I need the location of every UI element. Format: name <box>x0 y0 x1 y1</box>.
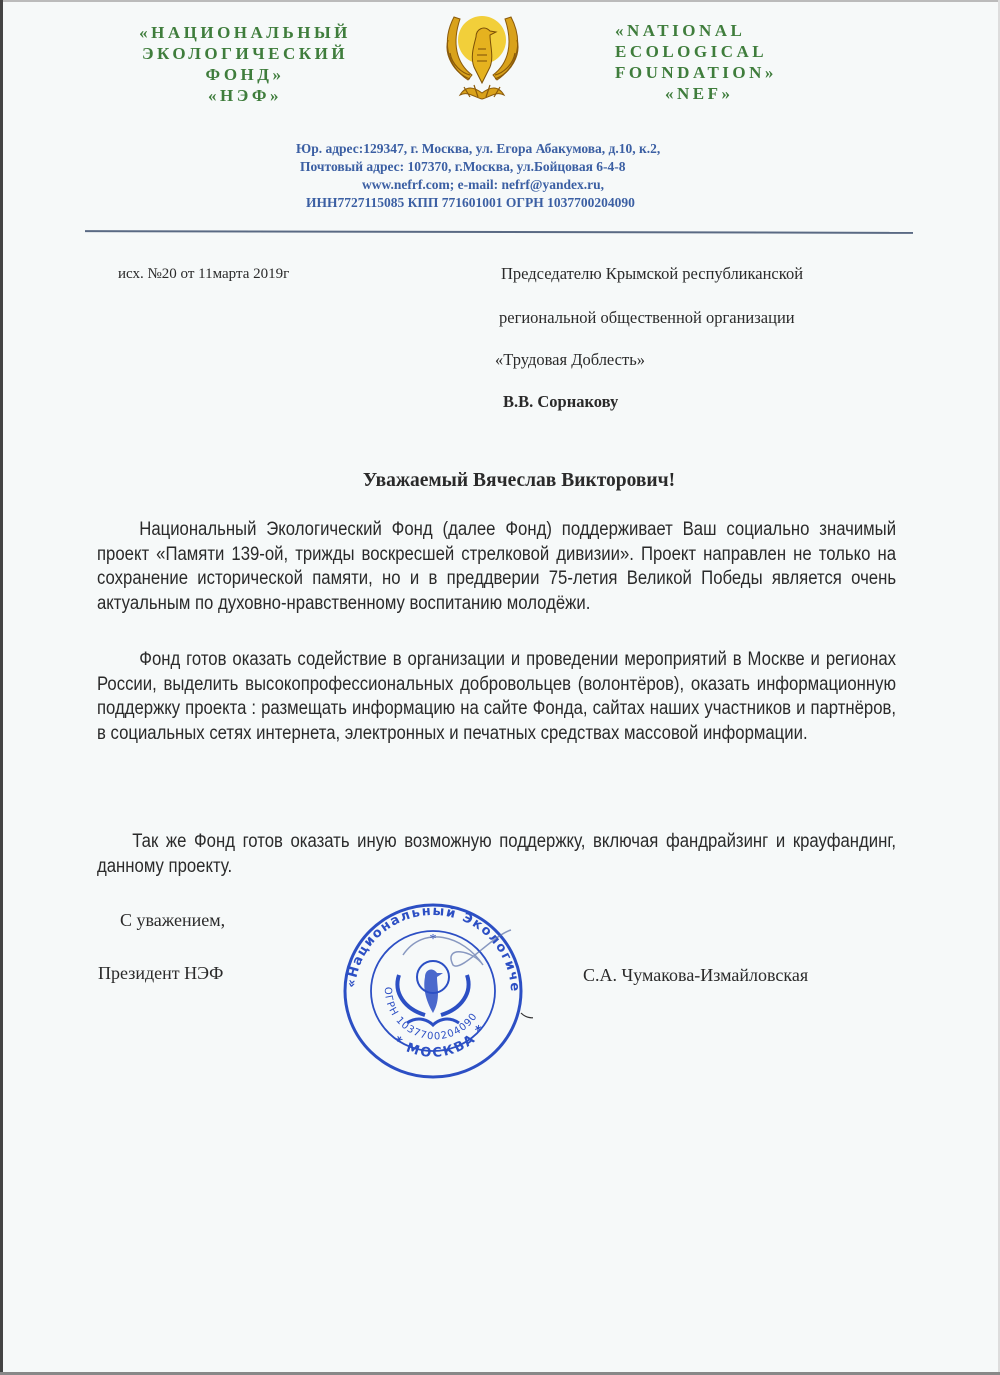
outgoing-reference: исх. №20 от 11марта 2019г <box>118 266 289 283</box>
org-name-line: «NEF» <box>615 83 795 104</box>
org-name-line: «NATIONAL <box>615 20 795 41</box>
page-edge <box>0 0 3 1375</box>
page-edge <box>0 0 1000 2</box>
salutation: Уважаемый Вячеслав Викторович! <box>0 470 1000 492</box>
org-name-line: ЭКОЛОГИЧЕСКИЙ <box>130 43 360 64</box>
addressee-name: В.В. Сорнакову <box>503 392 618 412</box>
org-name-line: FOUNDATION» <box>615 62 795 83</box>
signer-name: С.А. Чумакова-Измайловская <box>583 965 808 986</box>
golden-eagle-emblem-icon <box>440 5 525 105</box>
signer-position: Президент НЭФ <box>98 963 223 984</box>
addressee-line: региональной общественной организации <box>499 308 795 328</box>
org-name-english: «NATIONAL ECOLOGICAL FOUNDATION» «NEF» <box>615 20 795 104</box>
addressee-line: Председателю Крымской республиканской <box>501 264 803 284</box>
org-name-line: ФОНД» <box>130 64 360 85</box>
body-paragraph: Так же Фонд готов оказать иную возможную… <box>97 830 896 879</box>
body-paragraph: Национальный Экологический Фонд (далее Ф… <box>97 518 896 616</box>
org-name-russian: «НАЦИОНАЛЬНЫЙ ЭКОЛОГИЧЕСКИЙ ФОНД» «НЭФ» <box>130 22 360 106</box>
letterhead-contacts: Юр. адрес:129347, г. Москва, ул. Егора А… <box>280 140 720 212</box>
org-name-line: «НЭФ» <box>130 85 360 106</box>
org-name-line: ECOLOGICAL <box>615 41 795 62</box>
body-paragraph: Фонд готов оказать содействие в организа… <box>97 648 896 746</box>
addressee-line: «Трудовая Доблесть» <box>495 350 645 370</box>
registration-numbers: ИНН7727115085 КПП 771601001 ОГРН 1037700… <box>280 194 720 212</box>
svg-text:*: * <box>430 932 437 947</box>
closing-phrase: С уважением, <box>120 910 225 931</box>
letterhead-divider <box>85 230 913 234</box>
official-stamp-icon: «Национальный Экологический Фонд» * МОСК… <box>333 895 533 1085</box>
org-name-line: «НАЦИОНАЛЬНЫЙ <box>130 22 360 43</box>
legal-address: Юр. адрес:129347, г. Москва, ул. Егора А… <box>280 140 720 158</box>
postal-address: Почтовый адрес: 107370, г.Москва, ул.Бой… <box>280 158 720 176</box>
web-and-email[interactable]: www.nefrf.com; e-mail: nefrf@yandex.ru, <box>280 176 720 194</box>
